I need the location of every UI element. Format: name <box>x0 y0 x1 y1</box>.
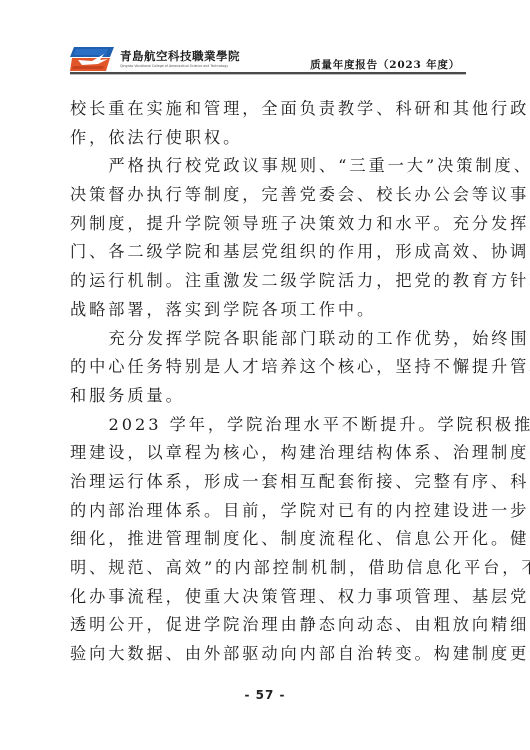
text-line: 严格执行校党政议事规则、“三重一大”决策制度、重大 <box>70 152 458 181</box>
document-body: 校长重在实施和管理，全面负责教学、科研和其他行政管理工作，依法行使职权。严格执行… <box>70 95 458 669</box>
text-line: 充分发挥学院各职能部门联动的工作优势，始终围绕学院 <box>70 325 458 354</box>
school-name-chinese: 青島航空科技職業學院 <box>120 50 240 63</box>
school-name: 青島航空科技職業學院 Qingdao Vocational College of… <box>120 50 240 69</box>
report-title: 质量年度报告（2023 年度） <box>310 57 460 72</box>
text-line: 的内部治理体系。目前，学院对已有的内控建设进一步深化、 <box>70 497 458 526</box>
text-line: 门、各二级学院和基层党组织的作用，形成高效、协调、顺畅 <box>70 238 458 267</box>
text-line: 理建设，以章程为核心，构建治理结构体系、治理制度体系与 <box>70 439 458 468</box>
text-line: 战略部署，落实到学院各项工作中。 <box>70 296 458 325</box>
text-line: 的中心任务特别是人才培养这个核心，坚持不懈提升管理水平 <box>70 353 458 382</box>
page-header: 青島航空科技職業學院 Qingdao Vocational College of… <box>70 44 466 74</box>
text-line: 透明公开，促进学院治理由静态向动态、由粗放向精细、由经 <box>70 611 458 640</box>
text-line: 校长重在实施和管理，全面负责教学、科研和其他行政管理工 <box>70 95 458 124</box>
text-line: 验向大数据、由外部驱动向内部自治转变。构建制度更新长效 <box>70 640 458 669</box>
text-line: 细化，推进管理制度化、制度流程化、信息公开化。健全“透 <box>70 525 458 554</box>
header-divider-shadow <box>70 74 466 75</box>
text-line: 和服务质量。 <box>70 382 458 411</box>
text-line: 作，依法行使职权。 <box>70 124 458 153</box>
college-logo-icon <box>70 47 114 71</box>
text-line: 化办事流程，使重大决策管理、权力事项管理、基层党务管理 <box>70 583 458 612</box>
text-line: 决策督办执行等制度，完善党委会、校长办公会等议事决策系 <box>70 181 458 210</box>
text-line: 明、规范、高效”的内部控制机制，借助信息化平台，不断优 <box>70 554 458 583</box>
text-line: 治理运行体系，形成一套相互配套衔接、完整有序、科学规范 <box>70 468 458 497</box>
text-line: 的运行机制。注重激发二级学院活力，把党的教育方针和重大 <box>70 267 458 296</box>
text-line: 2023 学年，学院治理水平不断提升。学院积极推进内部治 <box>70 411 458 440</box>
school-name-english: Qingdao Vocational College of Aeronautic… <box>120 64 240 69</box>
text-line: 列制度，提升学院领导班子决策效力和水平。充分发挥职能部 <box>70 210 458 239</box>
page-number: - 57 - <box>0 688 530 702</box>
